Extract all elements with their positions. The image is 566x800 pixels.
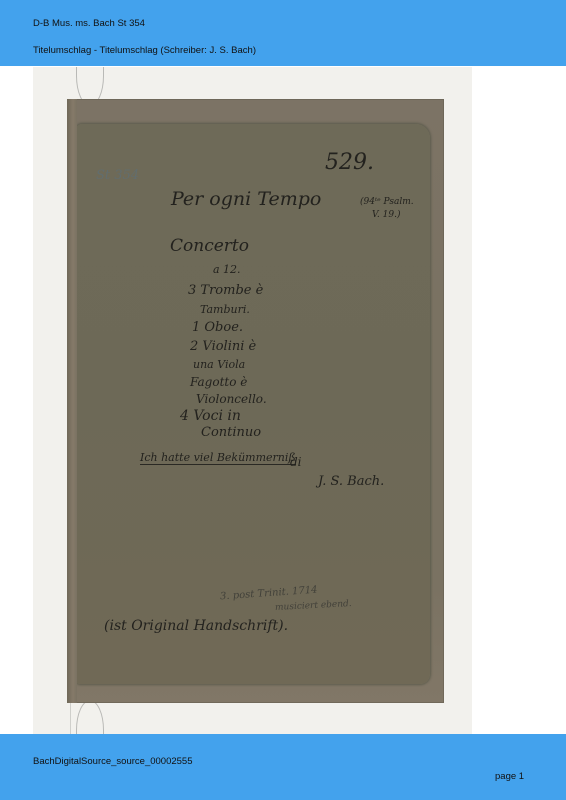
provenance-note: (ist Original Handschrift). bbox=[104, 618, 288, 634]
cantata-incipit: Ich hatte viel Bekümmerniß bbox=[140, 451, 296, 465]
instrument-line: Violoncello. bbox=[196, 392, 267, 406]
shelf-stamp: St 354 bbox=[96, 168, 139, 183]
cover-spine-edge bbox=[67, 99, 77, 703]
page-number: page 1 bbox=[495, 771, 524, 782]
psalm-reference: (94ᵗᵉ Psalm. bbox=[360, 197, 414, 207]
psalm-verse: V. 19.) bbox=[372, 210, 400, 220]
page-description: Titelumschlag - Titelumschlag (Schreiber… bbox=[33, 45, 256, 56]
source-id: BachDigitalSource_source_00002555 bbox=[33, 756, 193, 767]
instrument-line: 3 Trombe è bbox=[188, 283, 263, 298]
header-bar: D-B Mus. ms. Bach St 354 Titelumschlag -… bbox=[0, 0, 566, 66]
instrument-line: una Viola bbox=[193, 358, 245, 371]
instrument-line: Tamburi. bbox=[200, 303, 250, 316]
scoring-intro: a 12. bbox=[213, 263, 241, 276]
genre-label: Concerto bbox=[170, 236, 249, 256]
spine-line bbox=[70, 700, 71, 734]
instrument-line: 1 Oboe. bbox=[192, 320, 243, 335]
cantata-title: Per ogni Tempo bbox=[171, 188, 321, 210]
instrument-line: Continuo bbox=[201, 425, 261, 440]
shelfmark: D-B Mus. ms. Bach St 354 bbox=[33, 18, 145, 29]
instrument-line: 2 Violini è bbox=[190, 339, 256, 354]
composer-prefix: di bbox=[290, 455, 302, 469]
instrument-line: Fagotto è bbox=[190, 375, 247, 389]
catalog-number: 529. bbox=[325, 150, 374, 175]
footer-bar: BachDigitalSource_source_00002555 page 1 bbox=[0, 734, 566, 800]
composer-signature: J. S. Bach. bbox=[318, 474, 384, 489]
instrument-line: 4 Voci in bbox=[180, 408, 241, 424]
